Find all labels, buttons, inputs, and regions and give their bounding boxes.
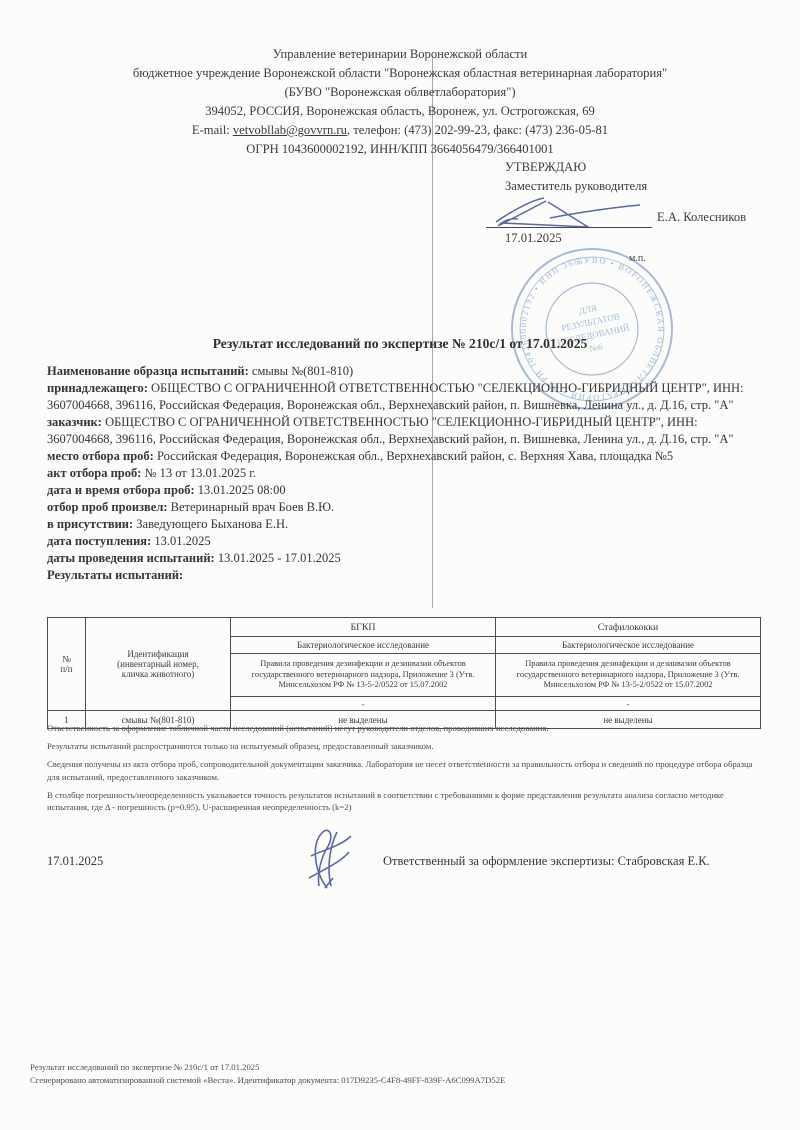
approval-block: УТВЕРЖДАЮ Заместитель руководителя [505, 158, 795, 196]
document-title: Результат исследований по экспертизе № 2… [0, 336, 800, 352]
mp-label: м.п. [629, 253, 646, 264]
org-short-name: (БУВО "Воронежская облветлаборатория") [0, 83, 800, 102]
field-sampling-place: место отбора проб: Российская Федерация,… [47, 448, 763, 465]
dash-bgkp: - [231, 697, 496, 711]
field-customer: заказчик: ОБЩЕСТВО С ОГРАНИЧЕННОЙ ОТВЕТС… [47, 414, 763, 448]
signing-caption: Ответственный за оформление экспертизы: … [383, 854, 710, 869]
method-staph: Правила проведения дезинфекции и дезинва… [496, 654, 761, 697]
org-ogrn-inn: ОГРН 1043600002192, ИНН/КПП 3664056479/3… [0, 140, 800, 159]
signing-date: 17.01.2025 [47, 854, 103, 869]
stamp-center-line1: ДЛЯ [578, 303, 598, 317]
footer-generated-by: Сгенерировано автоматизированной системо… [30, 1074, 770, 1087]
email-label: E-mail: [192, 123, 233, 137]
org-contacts: E-mail: vetvobllab@govvrn.ru, телефон: (… [0, 121, 800, 140]
footnote-4: В столбце погрешность/неопределенность у… [47, 789, 763, 814]
org-name-line2: бюджетное учреждение Воронежской области… [0, 64, 800, 83]
field-sampler: отбор проб произвел: Ветеринарный врач Б… [47, 499, 763, 516]
field-witness: в присутствии: Заведующего Быханова Е.Н. [47, 516, 763, 533]
footnote-3: Сведения получены из акта отбора проб, с… [47, 758, 763, 783]
research-type-bgkp: Бактериологическое исследование [231, 637, 496, 654]
approver-name: Е.А. Колесников [657, 210, 746, 225]
expert-signature [295, 826, 365, 892]
footnotes: Ответственность за оформление табличной … [47, 722, 763, 819]
dash-staph: - [496, 697, 761, 711]
results-label: Результаты испытаний: [47, 567, 763, 584]
footnote-2: Результаты испытаний распространяются то… [47, 740, 763, 753]
footer-expertise-ref: Результат исследований по экспертизе № 2… [30, 1061, 770, 1074]
research-type-staph: Бактериологическое исследование [496, 637, 761, 654]
approve-label: УТВЕРЖДАЮ [505, 158, 795, 177]
org-address: 394052, РОССИЯ, Воронежская область, Вор… [0, 102, 800, 121]
field-receipt-date: дата поступления: 13.01.2025 [47, 533, 763, 550]
results-table: № п/п Идентификация (инвентарный номер, … [47, 617, 761, 729]
org-phone-fax: , телефон: (473) 202-99-23, факс: (473) … [347, 123, 608, 137]
col-header-num: № п/п [48, 618, 86, 711]
field-sampling-datetime: дата и время отбора проб: 13.01.2025 08:… [47, 482, 763, 499]
table-row-groups: № п/п Идентификация (инвентарный номер, … [48, 618, 761, 637]
group-header-staph: Стафилококки [496, 618, 761, 637]
method-bgkp: Правила проведения дезинфекции и дезинва… [231, 654, 496, 697]
document-footer: Результат исследований по экспертизе № 2… [30, 1061, 770, 1086]
field-sample-name: Наименование образца испытаний: смывы №(… [47, 363, 763, 380]
field-owner: принадлежащего: ОБЩЕСТВО С ОГРАНИЧЕННОЙ … [47, 380, 763, 414]
footnote-1: Ответственность за оформление табличной … [47, 722, 763, 735]
group-header-bgkp: БГКП [231, 618, 496, 637]
scanned-document-page: { "header": { "lines": [ "Управление вет… [0, 0, 800, 1130]
field-sampling-act: акт отбора проб: № 13 от 13.01.2025 г. [47, 465, 763, 482]
organization-header: Управление ветеринарии Воронежской облас… [0, 45, 800, 159]
org-name-line1: Управление ветеринарии Воронежской облас… [0, 45, 800, 64]
field-testing-dates: даты проведения испытаний: 13.01.2025 - … [47, 550, 763, 567]
col-header-identification: Идентификация (инвентарный номер, кличка… [86, 618, 231, 711]
document-fields: Наименование образца испытаний: смывы №(… [47, 363, 763, 584]
org-email: vetvobllab@govvrn.ru [233, 123, 347, 137]
